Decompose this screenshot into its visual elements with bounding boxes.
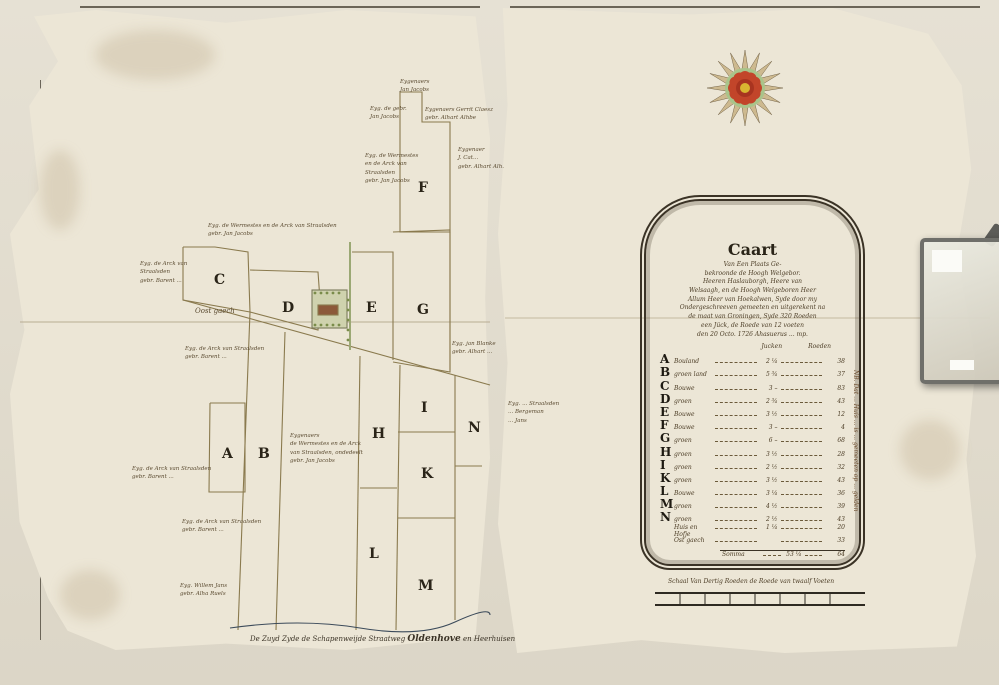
row-label: Bouwe: [672, 385, 712, 392]
magnifying-glass: [920, 238, 999, 384]
row-label: Bouwe: [672, 490, 712, 497]
owner-note: Eygenaersde Wermestes en de Arckvan Stra…: [290, 432, 363, 465]
total-row: Somma 53 ¼ 64: [720, 550, 845, 564]
plot-letter-h: H: [372, 426, 385, 442]
row-letter: M: [660, 497, 672, 511]
row-jucken: 3 ½: [760, 451, 778, 458]
owner-note: Eyg. de Arck vanStraalsdengebr. Barent .…: [140, 260, 187, 285]
row-label: groen: [672, 477, 712, 484]
description-line: bekroonde de Hoogh Welgebor.: [660, 270, 845, 279]
plot-letter-g: G: [417, 302, 429, 318]
description-line: de maat van Groningen, Syde 320 Roeden: [660, 313, 845, 322]
table-row: Hgroen3 ½28: [660, 445, 845, 458]
row-roeden: 12: [825, 411, 845, 418]
description-line: Heeren Haslauborgh, Heere van: [660, 278, 845, 287]
col-roeden: Roeden: [808, 343, 831, 350]
row-jucken: 2 ¾: [760, 398, 778, 405]
table-header: Jucken Roeden: [660, 343, 831, 350]
row-label: Ost gaech: [672, 537, 712, 544]
plot-letter-b: B: [258, 446, 270, 462]
caption-prefix: De Zuyd Zyde de Schapenweijde Straatweg: [250, 635, 405, 643]
row-roeden: 43: [825, 398, 845, 405]
compass-rose-icon: [705, 48, 785, 128]
plot-letter-k: K: [421, 466, 433, 482]
plot-letter-d: D: [282, 300, 294, 316]
scale-bar: [655, 592, 865, 606]
plot-letter-e: E: [366, 300, 377, 316]
owner-note: Eyg. de Arck van Straalsdengebr. Barent …: [185, 345, 264, 362]
row-roeden: 33: [825, 537, 845, 544]
owner-note: Eyg. jan Blankegebr. Alhart ...: [452, 340, 496, 357]
total-jucken: 53 ¼: [784, 551, 802, 558]
table-row: Ost gaech33: [660, 537, 845, 550]
bottom-caption: De Zuyd Zyde de Schapenweijde Straatweg …: [250, 634, 515, 644]
row-letter: E: [660, 405, 672, 419]
row-roeden: 38: [825, 358, 845, 365]
row-label: groen: [672, 451, 712, 458]
row-label: groen: [672, 437, 712, 444]
row-jucken: 3 –: [760, 385, 778, 392]
road-label: Oost gaech: [195, 306, 235, 317]
plot-letter-f: F: [418, 180, 428, 196]
table-row: Dgroen2 ¾43: [660, 392, 845, 405]
row-label: groen: [672, 516, 712, 523]
row-jucken: 3 ½: [760, 477, 778, 484]
plot-letter-n: N: [468, 420, 481, 436]
cartouche-content: Caart Van Een Plaats Ge-bekroonde de Hoo…: [660, 240, 845, 540]
row-roeden: 83: [825, 385, 845, 392]
owner-note: Eyg. de Arck van Straalsdengebr. Barent …: [182, 518, 261, 535]
row-jucken: 3 –: [760, 424, 778, 431]
row-jucken: 4 ½: [760, 503, 778, 510]
table-row: Mgroen4 ½39: [660, 497, 845, 510]
row-letter: D: [660, 392, 672, 406]
plot-letter-i: I: [421, 400, 428, 416]
row-jucken: 3 ¼: [760, 490, 778, 497]
row-roeden: 4: [825, 424, 845, 431]
row-roeden: 32: [825, 464, 845, 471]
row-jucken: 5 ¾: [760, 371, 778, 378]
plot-letter-m: M: [418, 578, 434, 594]
row-roeden: 37: [825, 371, 845, 378]
row-letter: C: [660, 379, 672, 393]
owner-note: EygenaersJan Jacobs: [400, 78, 429, 95]
table-row: EBouwe3 ½12: [660, 405, 845, 418]
row-letter: K: [660, 471, 672, 485]
row-letter: N: [660, 510, 672, 524]
owner-note: Eyg. de Wermestesen de Arck vanStraalsde…: [365, 152, 418, 185]
row-label: Huis en Hofje: [672, 524, 712, 538]
plot-letter-l: L: [369, 546, 379, 562]
table-row: LBouwe3 ¼36: [660, 484, 845, 497]
owner-note: EygenaerJ. Cat...gebr. Alhart Alh.: [458, 146, 504, 171]
owner-note: Eygenaers Gerrit Claeszgebr. Alhart Alhb…: [425, 106, 493, 123]
plot-letter-c: C: [214, 272, 225, 288]
row-jucken: 2 ¼: [760, 358, 778, 365]
owner-note: Eyg. de Wermestes en de Arck van Straals…: [208, 222, 337, 239]
caption-suffix: en Heerhuisen: [463, 635, 515, 643]
table-row: ABouland2 ¼38: [660, 352, 845, 365]
table-row: Huis en Hofje1 ¼20: [660, 524, 845, 537]
row-roeden: 68: [825, 437, 845, 444]
row-label: groen: [672, 464, 712, 471]
row-label: groen: [672, 398, 712, 405]
owner-note: Eyg. de Arck van Straalsdengebr. Barent …: [132, 465, 211, 482]
table-row: Bgroen land5 ¾37: [660, 365, 845, 378]
row-letter: H: [660, 445, 672, 459]
row-jucken: 1 ¼: [760, 524, 778, 531]
row-roeden: 43: [825, 477, 845, 484]
table-row: Ggroen6 –68: [660, 431, 845, 444]
row-letter: F: [660, 418, 672, 432]
total-label: Somma: [720, 551, 760, 558]
row-letter: L: [660, 484, 672, 498]
row-roeden: 43: [825, 516, 845, 523]
table-row: Ngroen2 ½43: [660, 510, 845, 523]
col-jucken: Jucken: [761, 343, 782, 350]
owner-note: Eyg. Willem Jansgebr. Alha Ruels: [180, 582, 227, 599]
side-note: NB. Dat ... Huis ... is ... gemeeten op …: [852, 370, 859, 511]
table-row: Igroen2 ½32: [660, 458, 845, 471]
description-line: Van Een Plaats Ge-: [660, 261, 845, 270]
row-roeden: 36: [825, 490, 845, 497]
description-line: Allum Heer van Hoekalwen, Syde door my: [660, 296, 845, 305]
row-jucken: 3 ½: [760, 411, 778, 418]
table-row: FBouwe3 –4: [660, 418, 845, 431]
total-roeden: 64: [825, 551, 845, 558]
description-line: Welsaagh, en de Hoogh Welgeboren Heer: [660, 287, 845, 296]
row-jucken: 2 ½: [760, 464, 778, 471]
area-table: ABouland2 ¼38Bgroen land5 ¾37CBouwe3 –83…: [660, 352, 845, 550]
row-letter: A: [660, 352, 672, 366]
scale-caption: Schaal Van Dertig Roeden de Roede van tw…: [668, 578, 834, 585]
row-jucken: 2 ½: [760, 516, 778, 523]
row-label: Bouland: [672, 358, 712, 365]
row-roeden: 39: [825, 503, 845, 510]
description-line: een Jück, de Roede van 12 voeten: [660, 322, 845, 331]
row-label: Bouwe: [672, 424, 712, 431]
plot-letter-a: A: [222, 446, 233, 462]
description-line: den 20 Octo. 1726 Ahasuerus ... mp.: [660, 331, 845, 340]
owner-note: Eyg. ... Straalsden... Bergeman... Jans: [508, 400, 559, 425]
row-label: groen land: [672, 371, 712, 378]
row-label: Bouwe: [672, 411, 712, 418]
description-line: Ondergeschreeven gemeeten en uitgerekent…: [660, 304, 845, 313]
table-row: CBouwe3 –83: [660, 379, 845, 392]
row-letter: B: [660, 365, 672, 379]
row-jucken: 6 –: [760, 437, 778, 444]
row-label: groen: [672, 503, 712, 510]
row-letter: I: [660, 458, 672, 472]
row-letter: G: [660, 431, 672, 445]
cartouche: Caart Van Een Plaats Ge-bekroonde de Hoo…: [640, 195, 865, 570]
row-roeden: 28: [825, 451, 845, 458]
table-row: Kgroen3 ½43: [660, 471, 845, 484]
owner-note: Eyg. de gebr.Jan Jacobs: [370, 105, 407, 122]
row-roeden: 20: [825, 524, 845, 531]
cartouche-title: Caart: [660, 240, 845, 259]
caption-emphasis: Oldenhove: [407, 634, 460, 644]
cartouche-description: Van Een Plaats Ge-bekroonde de Hoogh Wel…: [660, 261, 845, 339]
